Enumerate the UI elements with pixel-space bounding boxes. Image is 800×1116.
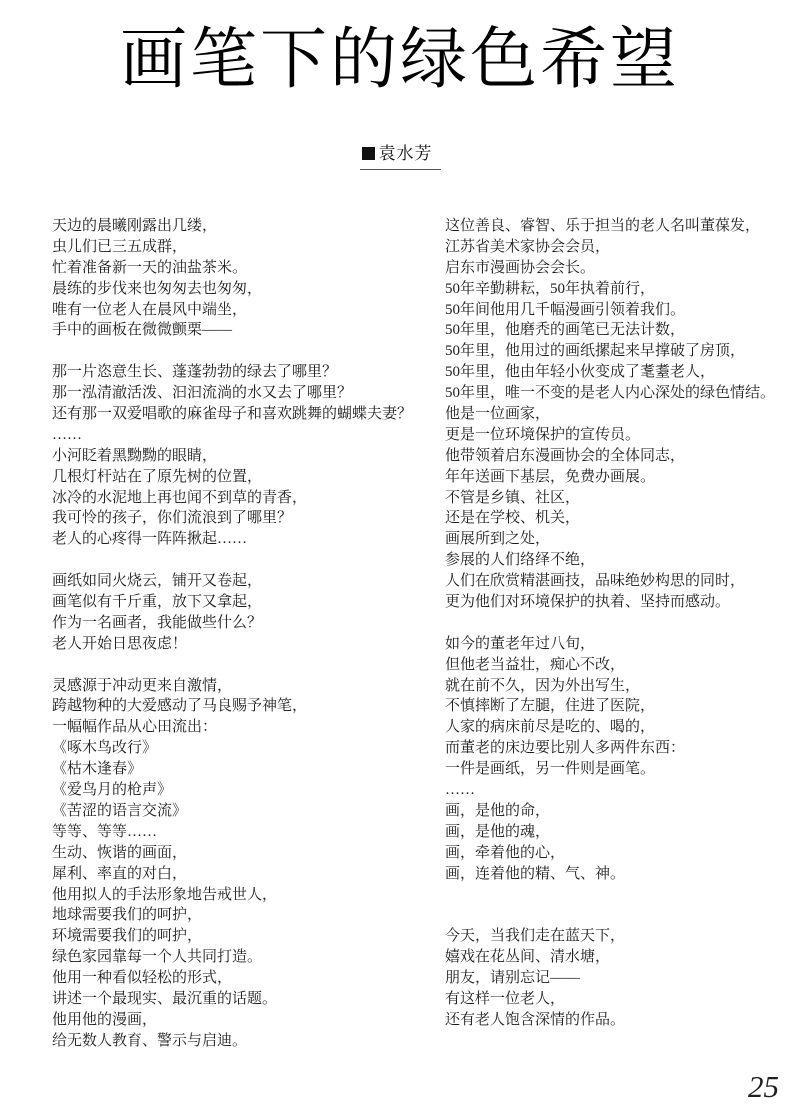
poem-line: 地球需要我们的呵护， <box>52 905 437 926</box>
poem-line: 《苦涩的语言交流》 <box>52 801 437 822</box>
poem-line <box>445 905 795 926</box>
poem-line: 50年里，唯一不变的是老人内心深处的绿色情结。 <box>445 383 795 404</box>
poem-column-left: 天边的晨曦刚露出几缕，虫儿们已三五成群，忙着准备新一天的油盐茶米。晨练的步伐来也… <box>52 216 437 1052</box>
poem-line: 生动、恢谐的画面， <box>52 843 437 864</box>
poem-line: 50年里，他用过的画纸摞起来早撑破了房顶， <box>445 341 795 362</box>
poem-line: 跨越物种的大爱感动了马良赐予神笔， <box>52 696 437 717</box>
poem-line: 几根灯杆站在了原先树的位置， <box>52 467 437 488</box>
poem-line: 50年里，他由年轻小伙变成了耄耋老人， <box>445 362 795 383</box>
poem-line: 人家的病床前尽是吃的、喝的， <box>445 717 795 738</box>
poem-line: 他带领着启东漫画协会的全体同志， <box>445 446 795 467</box>
poem-line: 还有那一双爱唱歌的麻雀母子和喜欢跳舞的蝴蝶夫妻？ <box>52 404 437 425</box>
poem-line: 画展所到之处， <box>445 529 795 550</box>
poem-line: 天边的晨曦刚露出几缕， <box>52 216 437 237</box>
poem-line: 忙着准备新一天的油盐茶米。 <box>52 258 437 279</box>
poem-line: 就在前不久，因为外出写生， <box>445 676 795 697</box>
poem-line: 江苏省美术家协会会员， <box>445 237 795 258</box>
poem-line <box>52 550 437 571</box>
poem-line: 晨练的步伐来也匆匆去也匆匆， <box>52 279 437 300</box>
poem-line: 更是一位环境保护的宣传员。 <box>445 425 795 446</box>
poem-line: 50年辛勤耕耘，50年执着前行， <box>445 279 795 300</box>
poem-line: 环境需要我们的呵护， <box>52 926 437 947</box>
poem-line: 虫儿们已三五成群， <box>52 237 437 258</box>
poem-line: 作为一名画者，我能做些什么？ <box>52 613 437 634</box>
poem-line: 嬉戏在花丛间、清水塘， <box>445 947 795 968</box>
poem-line: 我可怜的孩子，你们流浪到了哪里？ <box>52 508 437 529</box>
poem-line: 画纸如同火烧云，铺开又卷起， <box>52 571 437 592</box>
poem-line: 那一泓清澈活泼、汩汩流淌的水又去了哪里？ <box>52 383 437 404</box>
poem-line <box>445 885 795 906</box>
poem-line: 人们在欣赏精湛画技，品味绝妙构思的同时， <box>445 571 795 592</box>
magazine-page: 画笔下的绿色希望 袁水芳 天边的晨曦刚露出几缕，虫儿们已三五成群，忙着准备新一天… <box>0 0 800 1116</box>
poem-line: 启东市漫画协会会长。 <box>445 258 795 279</box>
poem-line: 犀利、率直的对白， <box>52 864 437 885</box>
poem-line: 不管是乡镇、社区， <box>445 488 795 509</box>
poem-line <box>52 655 437 676</box>
poem-line: 手中的画板在微微颤栗—— <box>52 320 437 341</box>
poem-line: 灵感源于冲动更来自激情， <box>52 676 437 697</box>
poem-line: 老人的心疼得一阵阵揪起…… <box>52 529 437 550</box>
poem-line: 《枯木逢春》 <box>52 759 437 780</box>
poem-line: 还是在学校、机关， <box>445 508 795 529</box>
poem-line: 50年里，他磨秃的画笔已无法计数， <box>445 320 795 341</box>
poem-line: 他用一种看似轻松的形式， <box>52 968 437 989</box>
poem-line: 唯有一位老人在晨风中端坐， <box>52 300 437 321</box>
poem-line: 如今的董老年过八旬， <box>445 634 795 655</box>
poem-line: 更为他们对环境保护的执着、坚持而感动。 <box>445 592 795 613</box>
page-title: 画笔下的绿色希望 <box>0 18 800 102</box>
poem-line: 给无数人教育、警示与启迪。 <box>52 1031 437 1052</box>
poem-line: 一件是画纸，另一件则是画笔。 <box>445 759 795 780</box>
poem-line: 画，是他的魂， <box>445 822 795 843</box>
square-bullet-icon <box>362 147 375 160</box>
poem-line: 不慎摔断了左腿，住进了医院， <box>445 696 795 717</box>
poem-line: 他用他的漫画， <box>52 1010 437 1031</box>
poem-line: 冰冷的水泥地上再也闻不到草的青香， <box>52 488 437 509</box>
poem-line: 老人开始日思夜虑！ <box>52 634 437 655</box>
poem-line: 画，是他的命， <box>445 801 795 822</box>
poem-line <box>445 613 795 634</box>
poem-line: 他用拟人的手法形象地告戒世人， <box>52 885 437 906</box>
poem-line: 年年送画下基层，免费办画展。 <box>445 467 795 488</box>
poem-line: 《啄木鸟改行》 <box>52 738 437 759</box>
poem-line: 那一片恣意生长、蓬蓬勃勃的绿去了哪里？ <box>52 362 437 383</box>
poem-line: 一幅幅作品从心田流出： <box>52 717 437 738</box>
poem-line: 《爱鸟月的枪声》 <box>52 780 437 801</box>
poem-line: 讲述一个最现实、最沉重的话题。 <box>52 989 437 1010</box>
author-byline: 袁水芳 <box>360 139 441 170</box>
poem-line: 画笔似有千斤重，放下又拿起， <box>52 592 437 613</box>
poem-column-right: 这位善良、睿智、乐于担当的老人名叫董葆发，江苏省美术家协会会员，启东市漫画协会会… <box>445 216 795 1031</box>
poem-line: 但他老当益壮，痴心不改， <box>445 655 795 676</box>
poem-line: 小河眨着黑黝黝的眼睛， <box>52 446 437 467</box>
poem-line: 他是一位画家， <box>445 404 795 425</box>
poem-line: …… <box>52 425 437 446</box>
poem-line: 参展的人们络绎不绝， <box>445 550 795 571</box>
poem-line: 这位善良、睿智、乐于担当的老人名叫董葆发， <box>445 216 795 237</box>
poem-line: 等等、等等…… <box>52 822 437 843</box>
poem-line <box>52 341 437 362</box>
poem-line: 而董老的床边要比别人多两件东西： <box>445 738 795 759</box>
poem-line: 今天，当我们走在蓝天下， <box>445 926 795 947</box>
author-byline-row: 袁水芳 <box>0 139 800 170</box>
poem-line: 画，牵着他的心， <box>445 843 795 864</box>
poem-line: 有这样一位老人， <box>445 989 795 1010</box>
poem-line: 50年间他用几千幅漫画引领着我们。 <box>445 300 795 321</box>
poem-line: 绿色家园靠每一个人共同打造。 <box>52 947 437 968</box>
poem-line: 画，连着他的精、气、神。 <box>445 864 795 885</box>
page-number: 25 <box>748 1069 779 1105</box>
poem-line: 还有老人饱含深情的作品。 <box>445 1010 795 1031</box>
poem-line: …… <box>445 780 795 801</box>
author-name: 袁水芳 <box>379 144 433 163</box>
poem-line: 朋友，请别忘记—— <box>445 968 795 989</box>
